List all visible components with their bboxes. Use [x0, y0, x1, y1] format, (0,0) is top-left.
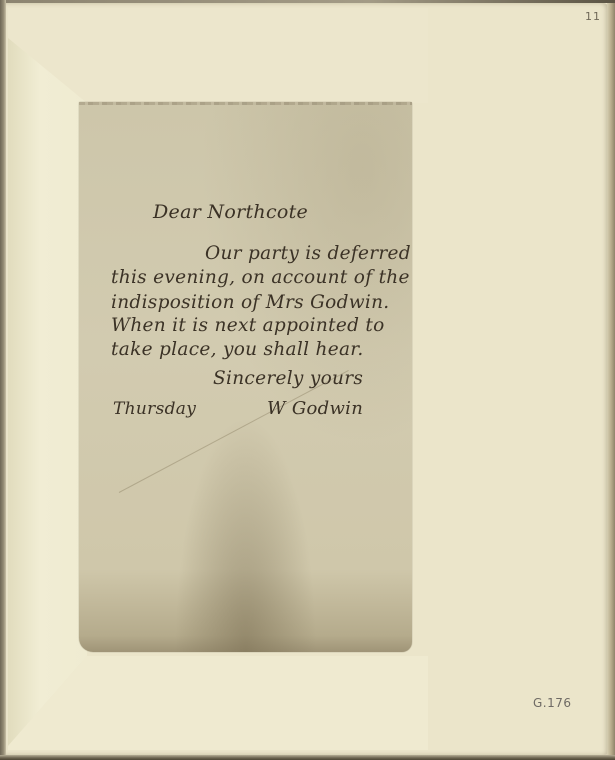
mount-flap-top	[8, 8, 428, 103]
letter-signature: W Godwin	[267, 398, 363, 419]
letter-body-line: Our party is deferred	[205, 243, 411, 264]
letter-body-line: this evening, on account of the	[111, 267, 410, 288]
binding-gutter	[0, 0, 6, 760]
page-number: 11	[585, 10, 601, 23]
letter-dateline: Thursday	[113, 399, 196, 419]
letter-body-line: take place, you shall hear.	[111, 339, 364, 360]
letter-body-line: When it is next appointed to	[111, 315, 385, 336]
scanned-album-page: Dear Northcote Our party is deferred thi…	[0, 0, 615, 760]
letter-salutation: Dear Northcote	[153, 201, 308, 223]
letter-body-line: indisposition of Mrs Godwin.	[111, 292, 390, 313]
mount-flap-left	[8, 8, 87, 750]
binding-bottom-edge	[0, 755, 615, 760]
page-fore-edge	[607, 3, 615, 755]
binding-top-edge	[0, 0, 615, 3]
letter-closing: Sincerely yours	[213, 368, 363, 389]
accession-mark: G.176	[533, 696, 572, 710]
letter-sheet: Dear Northcote Our party is deferred thi…	[79, 102, 412, 652]
